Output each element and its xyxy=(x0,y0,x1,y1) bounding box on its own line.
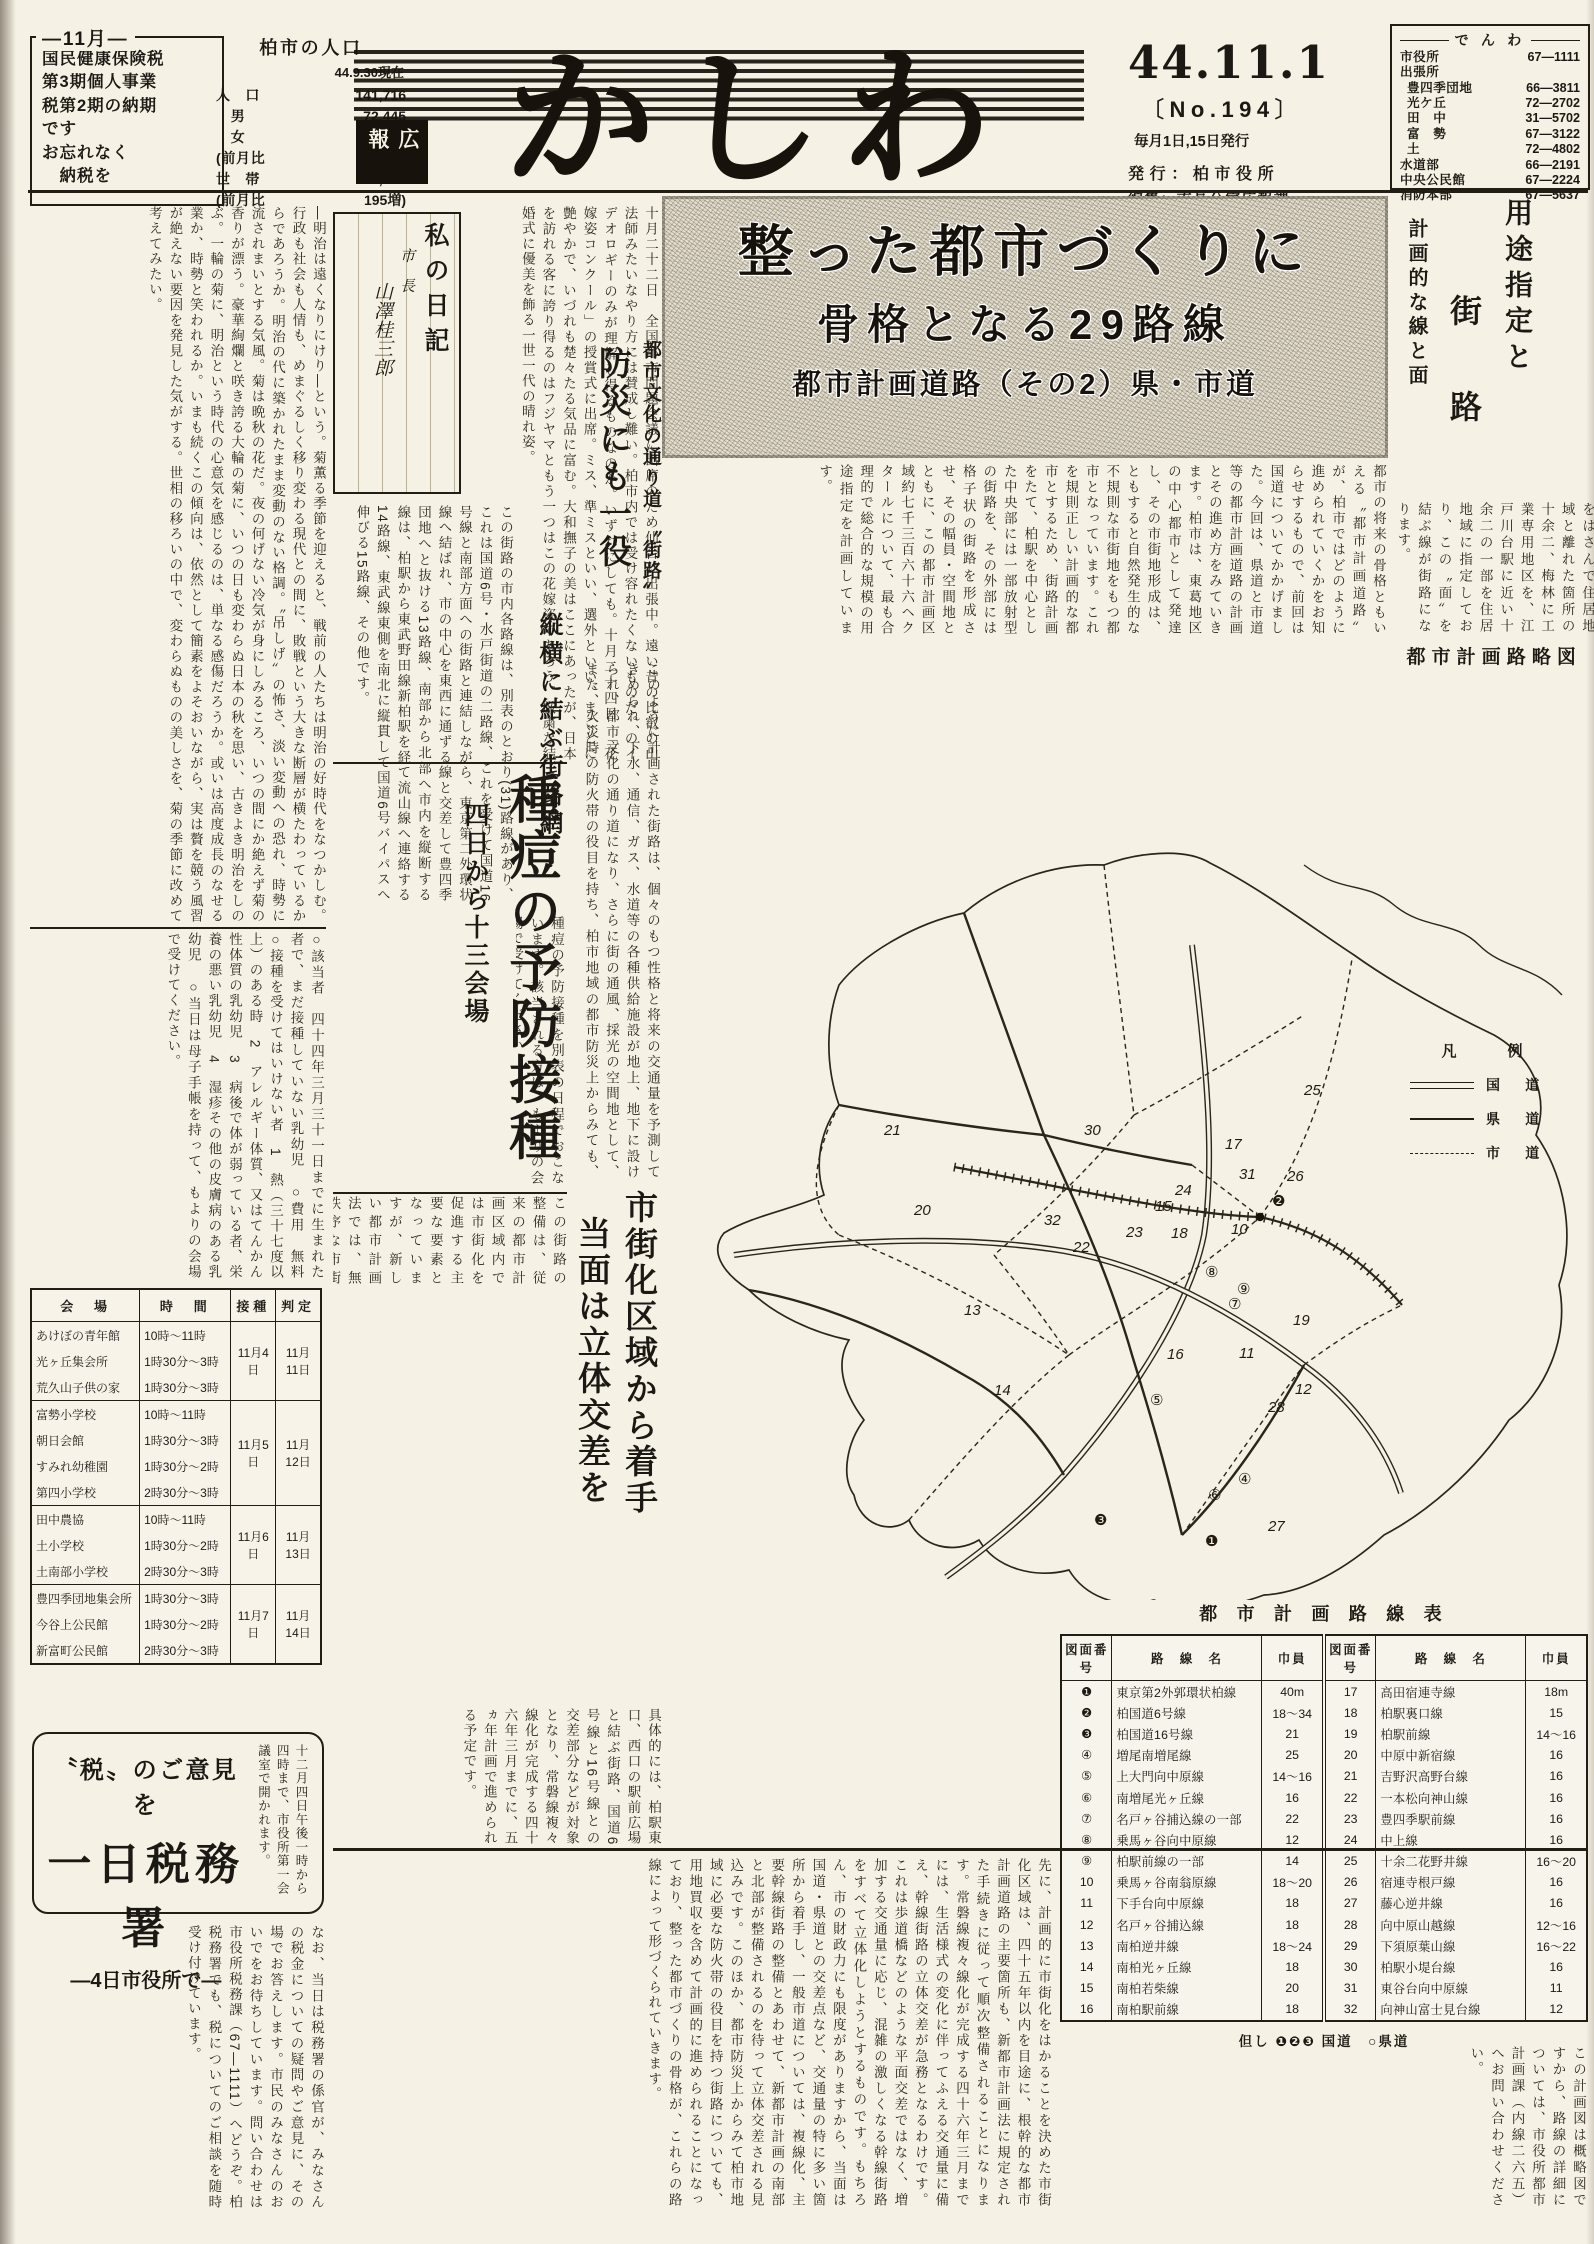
vaccination-table-body: あけぼの青年館10時〜11時11月4日11月11日光ヶ丘集会所1時30分〜3時荒… xyxy=(31,1322,321,1665)
bottom-article-text: 先に、計画的に市街化をはかることを決めた市街化区域は、四十五年以内を目途に、根幹… xyxy=(333,1858,1053,2208)
map-route-number: 13 xyxy=(964,1302,981,1319)
legend-label: 県 道 xyxy=(1486,1109,1545,1129)
vaccination-column-header: 会 場 xyxy=(31,1289,140,1322)
map-route-number: 14 xyxy=(994,1382,1011,1399)
diary-title: 私の日記 xyxy=(417,222,453,484)
route-name-cell: 柏駅前線 xyxy=(1376,1723,1526,1744)
dashed-line-sample xyxy=(1410,1153,1474,1154)
route-name-cell: 向神山富士見台線 xyxy=(1376,1999,1526,2021)
route-column-header: 図面番号 xyxy=(1061,1635,1112,1681)
bottom-divider xyxy=(333,1848,1588,1851)
route-row: ❶東京第2外郭環状柏線40m17高田宿連寺線18m xyxy=(1061,1681,1587,1703)
route-width-cell: 18m xyxy=(1526,1681,1587,1703)
map-route-number: 17 xyxy=(1225,1136,1242,1153)
map-route-number: ⑧ xyxy=(1205,1264,1218,1281)
route-name-cell: 中原中新宿線 xyxy=(1376,1745,1526,1766)
map-route-number: 25 xyxy=(1303,1082,1321,1099)
vaccination-table-header: 会 場時 間接種判定 xyxy=(31,1289,321,1322)
route-width-cell: 18〜24 xyxy=(1262,1935,1324,1956)
notice-line: 税第2期の納期 xyxy=(42,95,214,118)
phone-number: 31―5702 xyxy=(1525,111,1580,126)
route-number-cell: 13 xyxy=(1061,1935,1112,1956)
route-number-cell: 27 xyxy=(1324,1893,1376,1914)
route-number-cell: 23 xyxy=(1324,1808,1376,1829)
route-name-cell: 柏国道16号線 xyxy=(1112,1723,1262,1744)
route-number-cell: 10 xyxy=(1061,1872,1112,1893)
masthead-logo: かしわ 広報 xyxy=(348,24,1114,184)
vaccination-column-header: 判定 xyxy=(276,1289,321,1322)
route-number-cell: 16 xyxy=(1061,1999,1112,2021)
article-land-use-headline: 用途指定と 街 路 計画的な線と面 xyxy=(1392,198,1537,498)
phone-row: 水道部66―2191 xyxy=(1400,158,1580,173)
venue-cell: あけぼの青年館 xyxy=(31,1322,140,1349)
population-label: 女 xyxy=(216,127,245,148)
route16-outer xyxy=(734,1241,1401,1493)
route-name-cell: 吉野沢高野台線 xyxy=(1376,1766,1526,1787)
venue-cell: 土南部小学校 xyxy=(31,1558,140,1585)
article-disaster-headline: 都市文化の通り道 〝街路〟 防災にも一役 xyxy=(582,340,664,655)
map-route-number: ④ xyxy=(1238,1471,1251,1488)
route-row: ⑥南増尾光ヶ丘線1622一本松向神山線16 xyxy=(1061,1787,1587,1808)
route-number-cell: 15 xyxy=(1061,1978,1112,1999)
route-width-cell: 16〜22 xyxy=(1526,1935,1587,1956)
inoculation-date-cell: 11月6日 xyxy=(231,1506,276,1585)
legend-label: 国 道 xyxy=(1486,1075,1545,1095)
map-route-number: ❶ xyxy=(1205,1533,1218,1550)
legend-title: 凡 例 xyxy=(1410,1040,1572,1061)
article-disaster-body: このように計画された街路は、個々のもつ性格と将来の交通量を予測してきめられ、下水… xyxy=(584,662,662,1180)
route-width-cell: 14 xyxy=(1262,1851,1324,1872)
route-table-body: ❶東京第2外郭環状柏線40m17高田宿連寺線18m❷柏国道6号線18〜3418柏… xyxy=(1061,1681,1587,2022)
time-cell: 10時〜11時 xyxy=(140,1506,231,1533)
venue-cell: 土小学校 xyxy=(31,1532,140,1558)
issue-number: 〔No.194〕 xyxy=(1142,93,1376,124)
tax-notice-box: —11月— 国民健康保険税第3期個人事業税第2期の納期ですお忘れなく 納税を xyxy=(30,36,224,206)
map-route-number: ⑦ xyxy=(1228,1296,1241,1313)
route-column-header: 巾員 xyxy=(1262,1635,1324,1681)
header-divider xyxy=(28,190,1588,193)
route-name-cell: 乗馬ヶ谷南翁原線 xyxy=(1112,1872,1262,1893)
issue-info: 44.11.1 〔No.194〕 毎月1日,15日発行 発行：柏市役所 編集：市… xyxy=(1128,36,1376,209)
judgement-date-cell: 11月11日 xyxy=(276,1322,321,1401)
phone-number: 67―1111 xyxy=(1527,50,1580,65)
route-name-cell: 南柏駅前線 xyxy=(1112,1999,1262,2021)
route-width-cell: 12〜16 xyxy=(1526,1914,1587,1935)
legend-label: 市 道 xyxy=(1486,1143,1545,1163)
phone-row: 富 勢67―3122 xyxy=(1400,127,1580,142)
map-route-number: 16 xyxy=(1167,1346,1184,1363)
route-number-cell: ❶ xyxy=(1061,1681,1112,1703)
tax-intro-text: 十二月四日午後一時から四時まで、市役所第一会議室で開かれます。 xyxy=(254,1744,310,1902)
map-route-number: 26 xyxy=(1286,1168,1304,1185)
phone-number: 67―2224 xyxy=(1525,173,1580,188)
phone-name: 田 中 xyxy=(1407,111,1446,126)
headline-line: 市街化区域から着手 xyxy=(616,1190,663,1672)
route-width-cell: 16 xyxy=(1526,1745,1587,1766)
route-name-cell: 東谷台向中原線 xyxy=(1376,1978,1526,1999)
phone-number: 72―2702 xyxy=(1525,96,1580,111)
route-number-cell: ⑦ xyxy=(1061,1808,1112,1829)
venue-cell: 田中農協 xyxy=(31,1506,140,1533)
diary-essay-text: ―明治は遠くなりにけり―という。菊薫る季節を迎えると、戦前の人たちは明治の好時代… xyxy=(30,206,328,924)
route-name-cell: 上大門向中原線 xyxy=(1112,1766,1262,1787)
route-row: 10乗馬ヶ谷南翁原線18〜2026宿連寺根戸線16 xyxy=(1061,1872,1587,1893)
phone-name: 出張所 xyxy=(1400,65,1439,80)
map-route-number: 12 xyxy=(1295,1381,1312,1398)
route-row: 16南柏駅前線1832向神山富士見台線12 xyxy=(1061,1999,1587,2021)
phone-row: 土72―4802 xyxy=(1400,142,1580,157)
double-line-sample xyxy=(1410,1082,1474,1089)
phone-directory: で ん わ 市役所67―1111出張所豊四季団地66―3811光ケ丘72―270… xyxy=(1390,24,1590,190)
population-label: 世 帯 xyxy=(216,169,260,190)
diary-author-name: 山澤桂三郎 xyxy=(369,222,396,484)
divider xyxy=(30,927,326,929)
route-width-cell: 16 xyxy=(1526,1872,1587,1893)
phone-row: 市役所67―1111 xyxy=(1400,50,1580,65)
map-route-number: 20 xyxy=(913,1202,931,1219)
legend-rows: 国 道県 道市 道 xyxy=(1410,1075,1572,1163)
headline-line: 都市文化の通り道 〝街路〟 xyxy=(637,340,664,655)
route-table: 図面番号路 線 名巾員図面番号路 線 名巾員 ❶東京第2外郭環状柏線40m17高… xyxy=(1060,1634,1588,2022)
route-width-cell: 16 xyxy=(1262,1787,1324,1808)
article-urbanization-headline: 市街化区域から着手 当面は立体交差を xyxy=(585,1190,663,1672)
time-cell: 1時30分〜2時 xyxy=(140,1453,231,1479)
map-route-number: 23 xyxy=(1125,1224,1143,1241)
route-width-cell: 18〜34 xyxy=(1262,1702,1324,1723)
route-width-cell: 16 xyxy=(1526,1766,1587,1787)
judgement-date-cell: 11月13日 xyxy=(276,1506,321,1585)
route-width-cell: 16 xyxy=(1526,1808,1587,1829)
time-cell: 1時30分〜3時 xyxy=(140,1585,231,1612)
map-route-number: 15 xyxy=(1155,1198,1172,1215)
route-name-cell: 名戸ヶ谷捕込線の一部 xyxy=(1112,1808,1262,1829)
route16-inner xyxy=(734,1241,1401,1493)
route-name-cell: 南柏逆井線 xyxy=(1112,1935,1262,1956)
newspaper-title-prefix: 広報 xyxy=(356,120,428,184)
vaccination-row: あけぼの青年館10時〜11時11月4日11月11日 xyxy=(31,1322,321,1349)
route-width-cell: 15 xyxy=(1526,1702,1587,1723)
route-row: 12名戸ヶ谷捕込線1828向中原山越線12〜16 xyxy=(1061,1914,1587,1935)
route-table-header: 図面番号路 線 名巾員図面番号路 線 名巾員 xyxy=(1061,1635,1587,1681)
notice-lines: 国民健康保険税第3期個人事業税第2期の納期ですお忘れなく 納税を xyxy=(42,48,214,189)
article-urbanization-body2: 具体的には、柏駅東口、西口の駅前広場と結ぶ街路、国道6号線と16号線との交差部分… xyxy=(333,1708,663,1846)
venue-cell: 第四小学校 xyxy=(31,1479,140,1506)
route-number-cell: 19 xyxy=(1324,1723,1376,1744)
time-cell: 1時30分〜2時 xyxy=(140,1532,231,1558)
route-number-cell: ❸ xyxy=(1061,1723,1112,1744)
route-number-cell: 26 xyxy=(1324,1872,1376,1893)
map-legend: 凡 例 国 道県 道市 道 xyxy=(1410,1040,1572,1177)
route-width-cell: 18 xyxy=(1262,1914,1324,1935)
time-cell: 10時〜11時 xyxy=(140,1401,231,1428)
route-width-cell: 18 xyxy=(1262,1956,1324,1977)
issue-frequency: 毎月1日,15日発行 xyxy=(1134,130,1376,151)
route-number-cell: 14 xyxy=(1061,1956,1112,1977)
time-cell: 1時30分〜3時 xyxy=(140,1348,231,1374)
phone-row: 田 中31―5702 xyxy=(1400,111,1580,126)
phone-row: 出張所 xyxy=(1400,65,1580,80)
route-width-cell: 18〜20 xyxy=(1262,1872,1324,1893)
map-route-number: 10 xyxy=(1231,1221,1248,1238)
vaccination-row: 豊四季団地集会所1時30分〜3時11月7日11月14日 xyxy=(31,1585,321,1612)
headline-line: 街 路 xyxy=(1441,198,1487,498)
map-route-number: 18 xyxy=(1171,1225,1188,1242)
map-route-number: ⑥ xyxy=(1208,1487,1221,1504)
route-name-cell: 南増尾光ヶ丘線 xyxy=(1112,1787,1262,1808)
time-cell: 2時30分〜3時 xyxy=(140,1637,231,1664)
map-route-number: 21 xyxy=(883,1122,901,1139)
route-name-cell: 下須原葉山線 xyxy=(1376,1935,1526,1956)
time-cell: 1時30分〜2時 xyxy=(140,1611,231,1637)
vaccination-schedule-table: 会 場時 間接種判定 あけぼの青年館10時〜11時11月4日11月11日光ヶ丘集… xyxy=(30,1288,322,1665)
route-number-cell: ⑥ xyxy=(1061,1787,1112,1808)
route-name-cell: 高田宿連寺線 xyxy=(1376,1681,1526,1703)
route-table-block: 都 市 計 画 路 線 表 図面番号路 線 名巾員図面番号路 線 名巾員 ❶東京… xyxy=(1060,1600,1588,2050)
phone-number: 72―4802 xyxy=(1525,142,1580,157)
route-name-cell: 東京第2外郭環状柏線 xyxy=(1112,1681,1262,1703)
venue-cell: 荒久山子供の家 xyxy=(31,1374,140,1401)
route-name-cell: 豊四季駅前線 xyxy=(1376,1808,1526,1829)
article-land-use-body: 柏市は首都から二十五〜三十キロという近い距離にあり、首都圏という大きい勢力圏の一… xyxy=(1392,502,1594,634)
route-row: 13南柏逆井線18〜2429下須原葉山線16〜22 xyxy=(1061,1935,1587,1956)
inoculation-date-cell: 11月4日 xyxy=(231,1322,276,1401)
municipal-roads xyxy=(816,865,1402,1535)
article-urbanization-body: この街路の整備は、従来の都市計画区域内では市街化を促進する主要な要素となっていま… xyxy=(333,1196,568,1286)
route-name-cell: 南柏若柴線 xyxy=(1112,1978,1262,1999)
route-name-cell: 藤心逆井線 xyxy=(1376,1893,1526,1914)
vaccination-column-header: 接種 xyxy=(231,1289,276,1322)
route-width-cell: 14〜16 xyxy=(1526,1723,1587,1744)
headline-line: 用途指定と xyxy=(1497,198,1537,498)
route-column-header: 路 線 名 xyxy=(1376,1635,1526,1681)
route-number-cell: ⑤ xyxy=(1061,1766,1112,1787)
notice-line: 国民健康保険税 xyxy=(42,48,214,71)
map-route-number: 19 xyxy=(1293,1312,1310,1329)
map-title: 都市計画路略図 xyxy=(1406,642,1582,669)
route-width-cell: 14〜16 xyxy=(1262,1766,1324,1787)
route-width-cell: 16 xyxy=(1526,1787,1587,1808)
phone-row: 光ケ丘72―2702 xyxy=(1400,96,1580,111)
judgement-date-cell: 11月12日 xyxy=(276,1401,321,1506)
route-number-cell: ④ xyxy=(1061,1745,1112,1766)
headline-main: 整った都市づくりに xyxy=(662,208,1388,288)
route-name-cell: 南柏光ヶ丘線 xyxy=(1112,1956,1262,1977)
route-row: ⑤上大門向中原線14〜1621吉野沢高野台線16 xyxy=(1061,1766,1587,1787)
route-number-cell: ❷ xyxy=(1061,1702,1112,1723)
publisher: 発行：柏市役所 xyxy=(1128,161,1376,184)
issue-date: 44.11.1 xyxy=(1128,36,1376,89)
vaccination-row: 田中農協10時〜11時11月6日11月13日 xyxy=(31,1506,321,1533)
phone-name: 富 勢 xyxy=(1407,127,1446,142)
map-route-number: 28 xyxy=(1267,1399,1285,1416)
bottom-right-text: この計画図は概略図ですから、路線の詳細については、市役所都市計画課（内線二六五）… xyxy=(1060,2046,1588,2208)
route-column-header: 図面番号 xyxy=(1324,1635,1376,1681)
tax-office-box: 十二月四日午後一時から四時まで、市役所第一会議室で開かれます。 〝税〟のご意見を… xyxy=(32,1732,324,1914)
notice-line: 第3期個人事業 xyxy=(42,71,214,94)
time-cell: 2時30分〜3時 xyxy=(140,1479,231,1506)
phone-number: 66―3811 xyxy=(1526,81,1580,96)
route-width-cell: 16 xyxy=(1526,1893,1587,1914)
city-plan-map: 都市計画路略図 xyxy=(664,640,1588,1600)
diary-author-title: 市 長 xyxy=(396,222,417,484)
map-route-number: 30 xyxy=(1084,1122,1101,1139)
headline-kicker: 都市計画道路（その2）県・市道 xyxy=(662,362,1388,403)
route-width-cell: 18 xyxy=(1262,1999,1324,2021)
notice-line: です xyxy=(42,118,214,141)
route-number-cell: 31 xyxy=(1324,1978,1376,1999)
headline-line: 種痘の予防接種 xyxy=(493,772,568,1192)
headline-line: 当面は立体交差を xyxy=(569,1190,616,1672)
route-name-cell: 柏駅裏口線 xyxy=(1376,1702,1526,1723)
map-route-number: 22 xyxy=(1072,1239,1090,1256)
headline-line: 四日から十三会場 xyxy=(457,772,493,1192)
route-row: 14南柏光ヶ丘線1830柏駅小堤台線16 xyxy=(1061,1956,1587,1977)
phone-row: 豊四季団地66―3811 xyxy=(1400,81,1580,96)
legend-row: 市 道 xyxy=(1410,1143,1572,1163)
venue-cell: 光ヶ丘集会所 xyxy=(31,1348,140,1374)
pref-road xyxy=(749,1290,1064,1475)
venue-cell: 新富町公民館 xyxy=(31,1637,140,1664)
legend-row: 県 道 xyxy=(1410,1109,1572,1129)
route-name-cell: 柏国道6号線 xyxy=(1112,1702,1262,1723)
population-label: 男 xyxy=(216,106,245,127)
route-number-cell: 30 xyxy=(1324,1956,1376,1977)
route-width-cell: 16 xyxy=(1526,1956,1587,1977)
route-name-cell: 向中原山越線 xyxy=(1376,1914,1526,1935)
river-line xyxy=(1304,865,1562,995)
notice-line: お忘れなく xyxy=(42,142,214,165)
notice-month-label: —11月— xyxy=(36,24,135,51)
route-number-cell: 25 xyxy=(1324,1851,1376,1872)
route-width-cell: 21 xyxy=(1262,1723,1324,1744)
judgement-date-cell: 11月14日 xyxy=(276,1585,321,1665)
venue-cell: 朝日会館 xyxy=(31,1427,140,1453)
route-number-cell: 21 xyxy=(1324,1766,1376,1787)
route-width-cell: 20 xyxy=(1262,1978,1324,1999)
route-width-cell: 22 xyxy=(1262,1808,1324,1829)
route-number-cell: 12 xyxy=(1061,1914,1112,1935)
newspaper-page: —11月— 国民健康保険税第3期個人事業税第2期の納期ですお忘れなく 納税を 柏… xyxy=(0,0,1594,2244)
route-name-cell: 一本松向神山線 xyxy=(1376,1787,1526,1808)
route-width-cell: 18 xyxy=(1262,1893,1324,1914)
route-row: ⑨柏駅前線の一部1425十余二花野井線16〜20 xyxy=(1061,1851,1587,1872)
headline-sub: 骨格となる29路線 xyxy=(662,292,1388,352)
headline-line: 計画的な線と面 xyxy=(1402,198,1431,498)
phone-name: 土 xyxy=(1407,142,1420,157)
route-number-cell: 20 xyxy=(1324,1745,1376,1766)
vaccination-row: 富勢小学校10時〜11時11月5日11月12日 xyxy=(31,1401,321,1428)
population-value: 195増) xyxy=(364,190,406,211)
phone-name: 水道部 xyxy=(1400,158,1439,173)
legend-row: 国 道 xyxy=(1410,1075,1572,1095)
route-name-cell: 十余二花野井線 xyxy=(1376,1851,1526,1872)
route-width-cell: 12 xyxy=(1526,1999,1587,2021)
route-row: 15南柏若柴線2031東谷台向中原線11 xyxy=(1061,1978,1587,1999)
phone-row: 中央公民館67―2224 xyxy=(1400,173,1580,188)
time-cell: 1時30分〜3時 xyxy=(140,1374,231,1401)
route-number-cell: ⑨ xyxy=(1061,1851,1112,1872)
phone-number: 67―3122 xyxy=(1525,127,1580,142)
route-number-cell: 22 xyxy=(1324,1787,1376,1808)
vaccination-headline: 種痘の予防接種 四日から十三会場 xyxy=(400,772,568,1192)
solid-line-sample xyxy=(1410,1118,1474,1120)
headline-line: 防災にも一役 xyxy=(590,340,637,655)
vaccination-schedule-table-wrap: 会 場時 間接種判定 あけぼの青年館10時〜11時11月4日11月11日光ヶ丘集… xyxy=(30,1288,322,1665)
tax-kicker: 〝税〟のご意見を xyxy=(46,1750,246,1820)
map-route-number: ⑤ xyxy=(1150,1392,1163,1409)
route-name-cell: 柏駅前線の一部 xyxy=(1112,1851,1262,1872)
route-table-title: 都 市 計 画 路 線 表 xyxy=(1060,1600,1588,1626)
map-route-number: 27 xyxy=(1267,1518,1285,1535)
route-width-cell: 11 xyxy=(1526,1978,1587,1999)
population-label: 人 口 xyxy=(216,85,260,106)
route-name-cell: 柏駅小堤台線 xyxy=(1376,1956,1526,1977)
inoculation-date-cell: 11月7日 xyxy=(231,1585,276,1665)
route-row: ❸柏国道16号線2119柏駅前線14〜16 xyxy=(1061,1723,1587,1744)
newspaper-title: かしわ xyxy=(404,0,1112,214)
route-name-cell: 名戸ヶ谷捕込線 xyxy=(1112,1914,1262,1935)
population-label: (前月比 xyxy=(216,148,265,169)
route-row: ❷柏国道6号線18〜3418柏駅裏口線15 xyxy=(1061,1702,1587,1723)
phone-name: 光ケ丘 xyxy=(1407,96,1446,111)
map-route-number: 24 xyxy=(1174,1182,1192,1199)
route-column-header: 巾員 xyxy=(1526,1635,1587,1681)
phone-directory-title: で ん わ xyxy=(1400,30,1580,50)
route-number-cell: 29 xyxy=(1324,1935,1376,1956)
route-row: ④増尾南増尾線2520中原中新宿線16 xyxy=(1061,1745,1587,1766)
map-route-number: 32 xyxy=(1044,1212,1061,1229)
phone-name: 市役所 xyxy=(1400,50,1439,65)
venue-cell: 富勢小学校 xyxy=(31,1401,140,1428)
route-row: 11下手台向中原線1827藤心逆井線16 xyxy=(1061,1893,1587,1914)
inoculation-date-cell: 11月5日 xyxy=(231,1401,276,1506)
time-cell: 1時30分〜3時 xyxy=(140,1427,231,1453)
map-route-number: 31 xyxy=(1239,1166,1256,1183)
phone-name: 豊四季団地 xyxy=(1407,81,1473,96)
route-row: ⑦名戸ヶ谷捕込線の一部2223豊四季駅前線16 xyxy=(1061,1808,1587,1829)
route-name-cell: 宿連寺根戸線 xyxy=(1376,1872,1526,1893)
notice-line: 納税を xyxy=(42,165,214,188)
route-name-cell: 増尾南増尾線 xyxy=(1112,1745,1262,1766)
pref-road xyxy=(964,913,1044,1135)
lead-article-body: 都市の将来の骨格ともいえる〝都市計画道路〟が、柏市ではどのように進められていくか… xyxy=(664,464,1388,636)
map-route-number: ❸ xyxy=(1094,1512,1107,1529)
phone-number: 66―2191 xyxy=(1525,158,1580,173)
route-number-cell: 11 xyxy=(1061,1893,1112,1914)
tax-headline-block: 〝税〟のご意見を 一日税務署 ―4日市役所で― xyxy=(46,1744,246,1902)
route-width-cell: 25 xyxy=(1262,1745,1324,1766)
route-width-cell: 16〜20 xyxy=(1526,1851,1587,1872)
vaccination-column-header: 時 間 xyxy=(140,1289,231,1322)
route-width-cell: 40m xyxy=(1262,1681,1324,1703)
route-number-cell: 18 xyxy=(1324,1702,1376,1723)
lead-headline-panel: 整った都市づくりに 骨格となる29路線 都市計画道路（その2）県・市道 xyxy=(662,196,1388,458)
divider xyxy=(333,1192,567,1194)
map-route-number: ❷ xyxy=(1272,1193,1285,1210)
route-column-header: 路 線 名 xyxy=(1112,1635,1262,1681)
time-cell: 10時〜11時 xyxy=(140,1322,231,1349)
vaccination-notes: ○該当者 四十四年三月三十一日までに生まれた者で、まだ接種していない乳幼児 ○費… xyxy=(30,932,326,1280)
venue-cell: 今谷上公民館 xyxy=(31,1611,140,1637)
route-number-cell: 17 xyxy=(1324,1681,1376,1703)
phone-name: 中央公民館 xyxy=(1400,173,1466,188)
route-number-cell: 28 xyxy=(1324,1914,1376,1935)
route-name-cell: 下手台向中原線 xyxy=(1112,1893,1262,1914)
phone-directory-rows: 市役所67―1111出張所豊四季団地66―3811光ケ丘72―2702田 中31… xyxy=(1400,50,1580,204)
time-cell: 2時30分〜3時 xyxy=(140,1558,231,1585)
venue-cell: 豊四季団地集会所 xyxy=(31,1585,140,1612)
map-route-number: 11 xyxy=(1239,1345,1255,1362)
